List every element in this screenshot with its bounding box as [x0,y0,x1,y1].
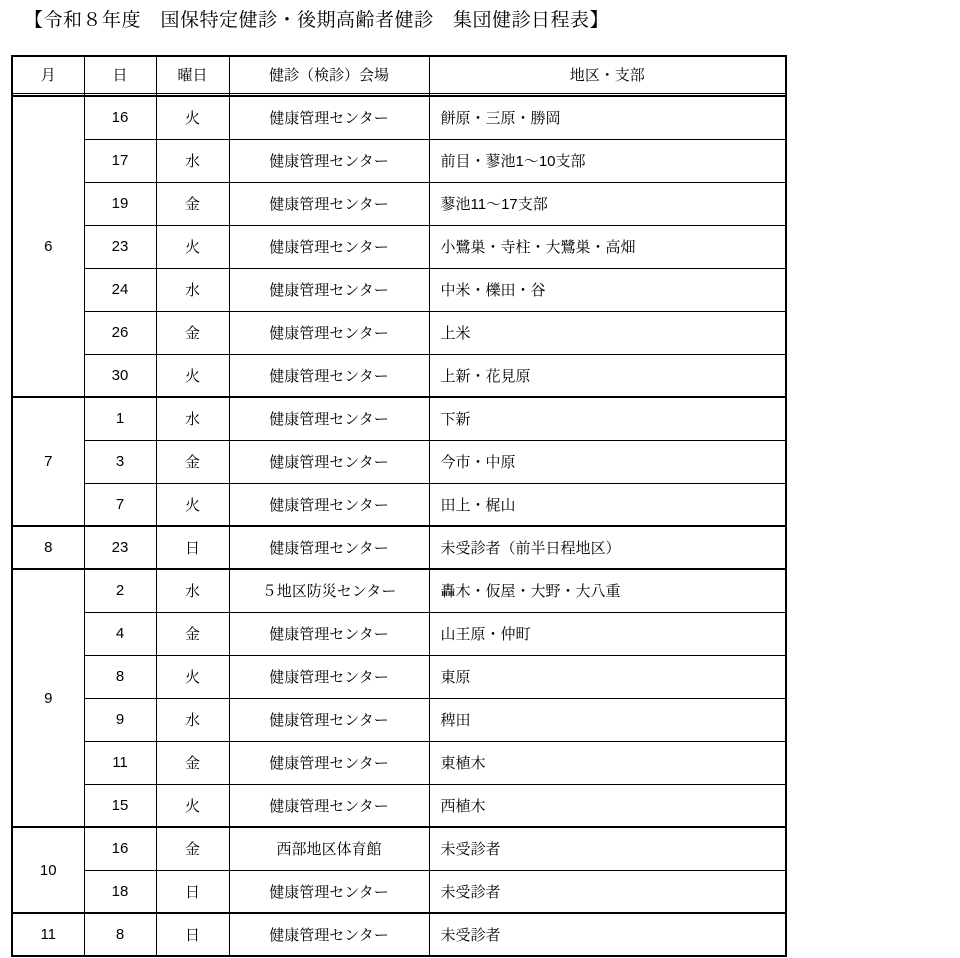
weekday-cell: 水 [156,139,229,182]
weekday-cell: 火 [156,96,229,139]
day-cell: 19 [84,182,156,225]
header-row: 月 日 曜日 健診（検診）会場 地区・支部 [12,56,786,93]
table-row: 24水健康管理センター中米・櫟田・谷 [12,268,786,311]
weekday-cell: 金 [156,741,229,784]
day-cell: 8 [84,913,156,956]
day-cell: 16 [84,96,156,139]
venue-cell: 西部地区体育館 [229,827,429,870]
venue-cell: 健康管理センター [229,440,429,483]
weekday-cell: 火 [156,354,229,397]
day-cell: 4 [84,612,156,655]
venue-cell: 健康管理センター [229,526,429,569]
header-weekday: 曜日 [156,56,229,93]
month-cell: 10 [12,827,84,913]
day-cell: 3 [84,440,156,483]
weekday-cell: 火 [156,655,229,698]
day-cell: 30 [84,354,156,397]
district-cell: 中米・櫟田・谷 [429,268,786,311]
venue-cell: 健康管理センター [229,741,429,784]
district-cell: 山王原・仲町 [429,612,786,655]
venue-cell: 健康管理センター [229,397,429,440]
venue-cell: 健康管理センター [229,612,429,655]
header-district: 地区・支部 [429,56,786,93]
weekday-cell: 火 [156,784,229,827]
table-row: 616火健康管理センター餅原・三原・勝岡 [12,96,786,139]
day-cell: 9 [84,698,156,741]
weekday-cell: 金 [156,440,229,483]
district-cell: 上米 [429,311,786,354]
weekday-cell: 水 [156,268,229,311]
weekday-cell: 水 [156,569,229,612]
weekday-cell: 水 [156,698,229,741]
district-cell: 小鷺巣・寺柱・大鷺巣・高畑 [429,225,786,268]
month-cell: 9 [12,569,84,827]
weekday-cell: 日 [156,526,229,569]
table-body: 616火健康管理センター餅原・三原・勝岡17水健康管理センター前目・蓼池1～10… [12,96,786,956]
district-cell: 東原 [429,655,786,698]
weekday-cell: 火 [156,483,229,526]
table-row: 4金健康管理センター山王原・仲町 [12,612,786,655]
district-cell: 未受診者 [429,870,786,913]
table-row: 9水健康管理センター稗田 [12,698,786,741]
weekday-cell: 日 [156,870,229,913]
table-header: 月 日 曜日 健診（検診）会場 地区・支部 [12,56,786,96]
district-cell: 東植木 [429,741,786,784]
schedule-table: 月 日 曜日 健診（検診）会場 地区・支部 616火健康管理センター餅原・三原・… [11,55,787,957]
table-row: 8火健康管理センター東原 [12,655,786,698]
table-row: 26金健康管理センター上米 [12,311,786,354]
month-cell: 6 [12,96,84,397]
table-row: 92水５地区防災センター轟木・仮屋・大野・大八重 [12,569,786,612]
district-cell: 前目・蓼池1～10支部 [429,139,786,182]
day-cell: 23 [84,225,156,268]
venue-cell: 健康管理センター [229,913,429,956]
venue-cell: 健康管理センター [229,139,429,182]
venue-cell: 健康管理センター [229,784,429,827]
district-cell: 蓼池11～17支部 [429,182,786,225]
venue-cell: ５地区防災センター [229,569,429,612]
day-cell: 7 [84,483,156,526]
venue-cell: 健康管理センター [229,311,429,354]
month-cell: 11 [12,913,84,956]
district-cell: 轟木・仮屋・大野・大八重 [429,569,786,612]
table-row: 7火健康管理センター田上・梶山 [12,483,786,526]
table-row: 18日健康管理センター未受診者 [12,870,786,913]
venue-cell: 健康管理センター [229,698,429,741]
table-row: 23火健康管理センター小鷺巣・寺柱・大鷺巣・高畑 [12,225,786,268]
venue-cell: 健康管理センター [229,870,429,913]
header-venue: 健診（検診）会場 [229,56,429,93]
table-row: 71水健康管理センター下新 [12,397,786,440]
table-row: 3金健康管理センター今市・中原 [12,440,786,483]
venue-cell: 健康管理センター [229,182,429,225]
weekday-cell: 火 [156,225,229,268]
month-cell: 7 [12,397,84,526]
venue-cell: 健康管理センター [229,354,429,397]
day-cell: 1 [84,397,156,440]
table-row: 118日健康管理センター未受診者 [12,913,786,956]
day-cell: 16 [84,827,156,870]
header-month: 月 [12,56,84,93]
weekday-cell: 金 [156,612,229,655]
weekday-cell: 金 [156,311,229,354]
day-cell: 24 [84,268,156,311]
district-cell: 未受診者 [429,827,786,870]
day-cell: 23 [84,526,156,569]
venue-cell: 健康管理センター [229,483,429,526]
page-title: 【令和８年度 国保特定健診・後期高齢者健診 集団健診日程表】 [24,5,609,32]
table-row: 11金健康管理センター東植木 [12,741,786,784]
page: 【令和８年度 国保特定健診・後期高齢者健診 集団健診日程表】 月 日 曜日 健診… [0,0,960,958]
district-cell: 上新・花見原 [429,354,786,397]
weekday-cell: 水 [156,397,229,440]
day-cell: 8 [84,655,156,698]
day-cell: 15 [84,784,156,827]
day-cell: 2 [84,569,156,612]
day-cell: 17 [84,139,156,182]
venue-cell: 健康管理センター [229,225,429,268]
table-row: 823日健康管理センター未受診者（前半日程地区） [12,526,786,569]
district-cell: 田上・梶山 [429,483,786,526]
venue-cell: 健康管理センター [229,268,429,311]
weekday-cell: 金 [156,182,229,225]
day-cell: 18 [84,870,156,913]
district-cell: 未受診者（前半日程地区） [429,526,786,569]
day-cell: 11 [84,741,156,784]
district-cell: 今市・中原 [429,440,786,483]
district-cell: 未受診者 [429,913,786,956]
header-day: 日 [84,56,156,93]
district-cell: 西植木 [429,784,786,827]
district-cell: 稗田 [429,698,786,741]
table-row: 30火健康管理センター上新・花見原 [12,354,786,397]
venue-cell: 健康管理センター [229,96,429,139]
district-cell: 餅原・三原・勝岡 [429,96,786,139]
weekday-cell: 金 [156,827,229,870]
table-row: 1016金西部地区体育館未受診者 [12,827,786,870]
table-row: 15火健康管理センター西植木 [12,784,786,827]
venue-cell: 健康管理センター [229,655,429,698]
month-cell: 8 [12,526,84,569]
table-row: 19金健康管理センター蓼池11～17支部 [12,182,786,225]
table-row: 17水健康管理センター前目・蓼池1～10支部 [12,139,786,182]
day-cell: 26 [84,311,156,354]
weekday-cell: 日 [156,913,229,956]
district-cell: 下新 [429,397,786,440]
